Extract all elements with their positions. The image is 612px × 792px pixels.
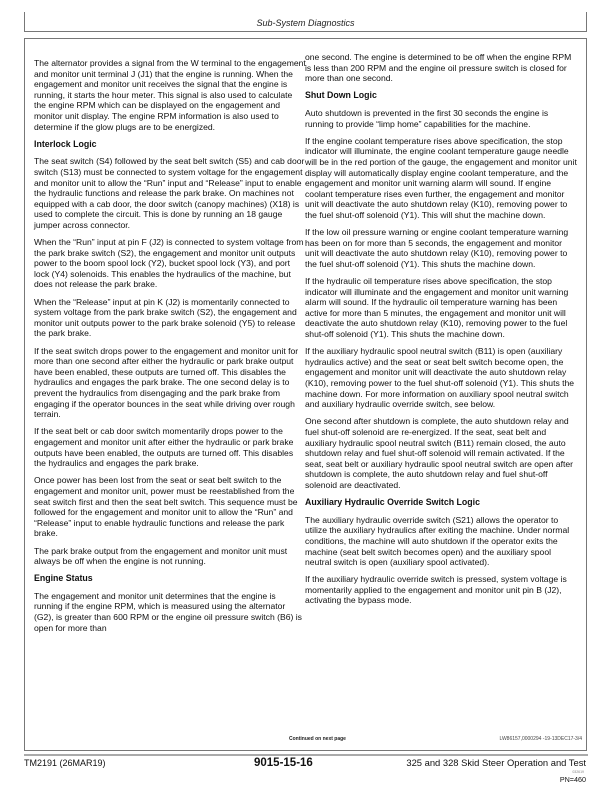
paragraph: If the auxiliary hydraulic spool neutral… bbox=[305, 346, 577, 410]
paragraph: The engagement and monitor unit determin… bbox=[34, 591, 306, 633]
date-code: 032619 bbox=[572, 770, 584, 774]
paragraph: If the auxiliary hydraulic override swit… bbox=[305, 574, 577, 606]
paragraph: If the seat belt or cab door switch mome… bbox=[34, 426, 306, 468]
paragraph: When the “Release” input at pin K (J2) i… bbox=[34, 297, 306, 339]
page-header: Sub-System Diagnostics bbox=[24, 12, 587, 32]
paragraph: If the low oil pressure warning or engin… bbox=[305, 227, 577, 269]
section-title: Sub-System Diagnostics bbox=[25, 18, 586, 28]
paragraph: The park brake output from the engagemen… bbox=[34, 546, 306, 567]
continuation-bar: Continued on next page LW86157,0000294 -… bbox=[25, 732, 586, 744]
paragraph: When the “Run” input at pin F (J2) is co… bbox=[34, 237, 306, 290]
page-number: 9015-15-16 bbox=[254, 757, 313, 769]
paragraph: The seat switch (S4) followed by the sea… bbox=[34, 156, 306, 230]
paragraph: One second after shutdown is complete, t… bbox=[305, 416, 577, 490]
paragraph: The alternator provides a signal from th… bbox=[34, 58, 306, 132]
paragraph: Once power has been lost from the seat o… bbox=[34, 475, 306, 539]
footer-divider bbox=[24, 754, 588, 756]
heading-interlock-logic: Interlock Logic bbox=[34, 139, 306, 150]
content-box: The alternator provides a signal from th… bbox=[24, 38, 587, 751]
paragraph: If the engine coolant temperature rises … bbox=[305, 136, 577, 221]
right-column: one second. The engine is determined to … bbox=[305, 52, 577, 613]
paragraph: If the seat switch drops power to the en… bbox=[34, 346, 306, 420]
paragraph: Auto shutdown is prevented in the first … bbox=[305, 108, 577, 129]
pn-number: PN=460 bbox=[560, 775, 586, 784]
left-column: The alternator provides a signal from th… bbox=[34, 58, 306, 640]
manual-id: TM2191 (26MAR19) bbox=[24, 758, 106, 768]
paragraph: one second. The engine is determined to … bbox=[305, 52, 577, 84]
paragraph: If the hydraulic oil temperature rises a… bbox=[305, 276, 577, 340]
heading-aux-hydraulic-override: Auxiliary Hydraulic Override Switch Logi… bbox=[305, 497, 577, 508]
heading-shut-down-logic: Shut Down Logic bbox=[305, 90, 577, 101]
manual-title: 325 and 328 Skid Steer Operation and Tes… bbox=[406, 757, 586, 768]
reference-code: LW86157,0000294 -19-13DEC17-3/4 bbox=[500, 736, 582, 742]
continued-notice: Continued on next page bbox=[289, 736, 346, 742]
heading-engine-status: Engine Status bbox=[34, 573, 306, 584]
paragraph: The auxiliary hydraulic override switch … bbox=[305, 515, 577, 568]
